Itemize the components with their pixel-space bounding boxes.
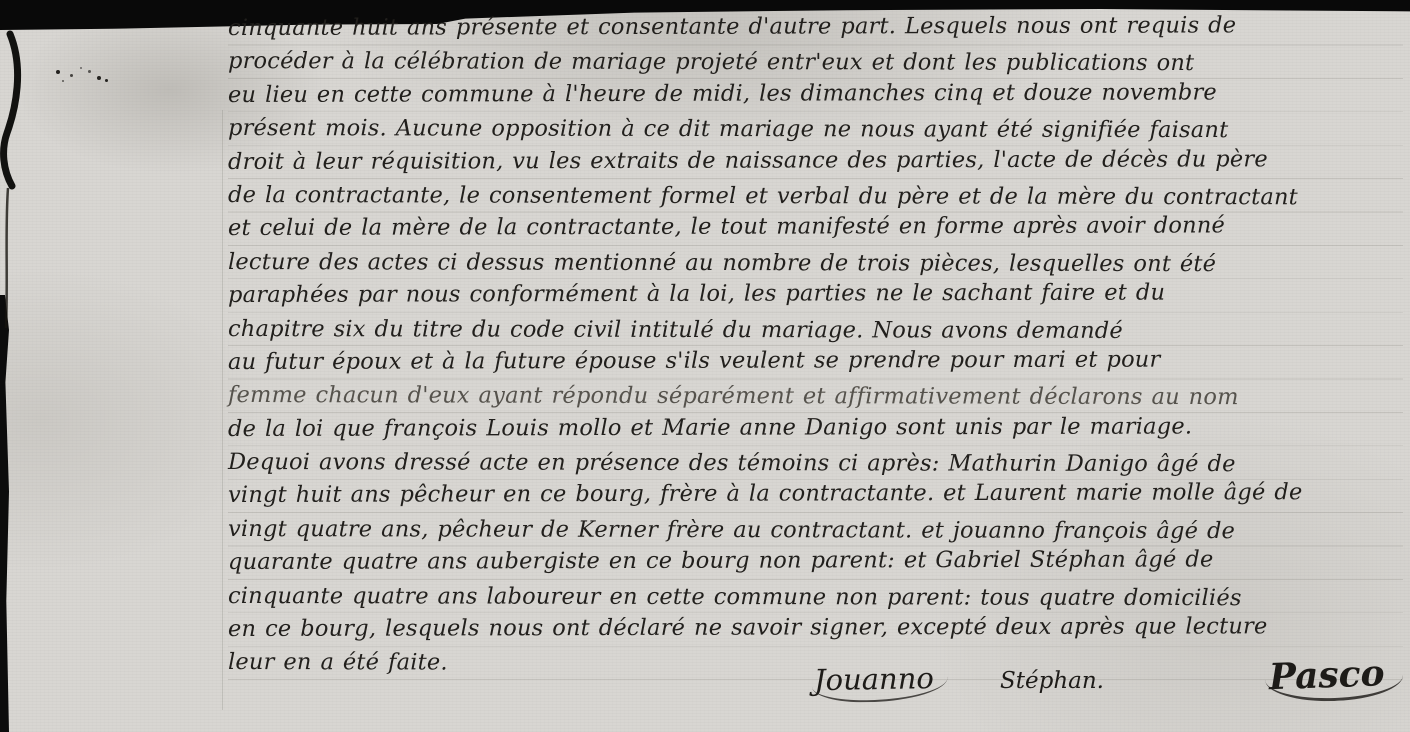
manuscript-line: de la loi que françois Louis mollo et Ma… (228, 410, 1403, 446)
ink-speck (62, 80, 64, 82)
manuscript-line: eu lieu en cette commune à l'heure de mi… (228, 76, 1403, 112)
signature-stephan: Stéphan. (1000, 668, 1104, 694)
margin-rule (222, 110, 223, 710)
manuscript-line: au futur époux et à la future épouse s'i… (228, 343, 1403, 379)
manuscript-line: droit à leur réquisition, vu les extrait… (228, 142, 1403, 178)
manuscript-line: en ce bourg, lesquels nous ont déclaré n… (228, 610, 1403, 646)
signature-pasco: Pasco (1264, 652, 1403, 704)
manuscript-line: cinquante huit ans présente et consentan… (228, 9, 1403, 45)
manuscript-text-block: cinquante huit ans présente et consentan… (228, 12, 1403, 680)
manuscript-page: cinquante huit ans présente et consentan… (0, 0, 1410, 732)
manuscript-line: paraphées par nous conformément à la loi… (228, 276, 1403, 312)
ink-speck (88, 70, 91, 73)
manuscript-line: vingt huit ans pêcheur en ce bourg, frèr… (228, 476, 1403, 512)
binding-curl-mark (0, 28, 32, 348)
signature-row: Jouanno Stéphan. Pasco (0, 646, 1410, 726)
manuscript-line: et celui de la mère de la contractante, … (228, 209, 1403, 245)
ink-speck (70, 74, 73, 77)
ink-speck (56, 70, 60, 74)
ink-speck (97, 76, 101, 80)
ink-speck (105, 79, 108, 82)
ink-speck (80, 67, 82, 69)
signature-jouanno: Jouanno (812, 661, 949, 703)
manuscript-line: quarante quatre ans aubergiste en ce bou… (228, 543, 1403, 579)
